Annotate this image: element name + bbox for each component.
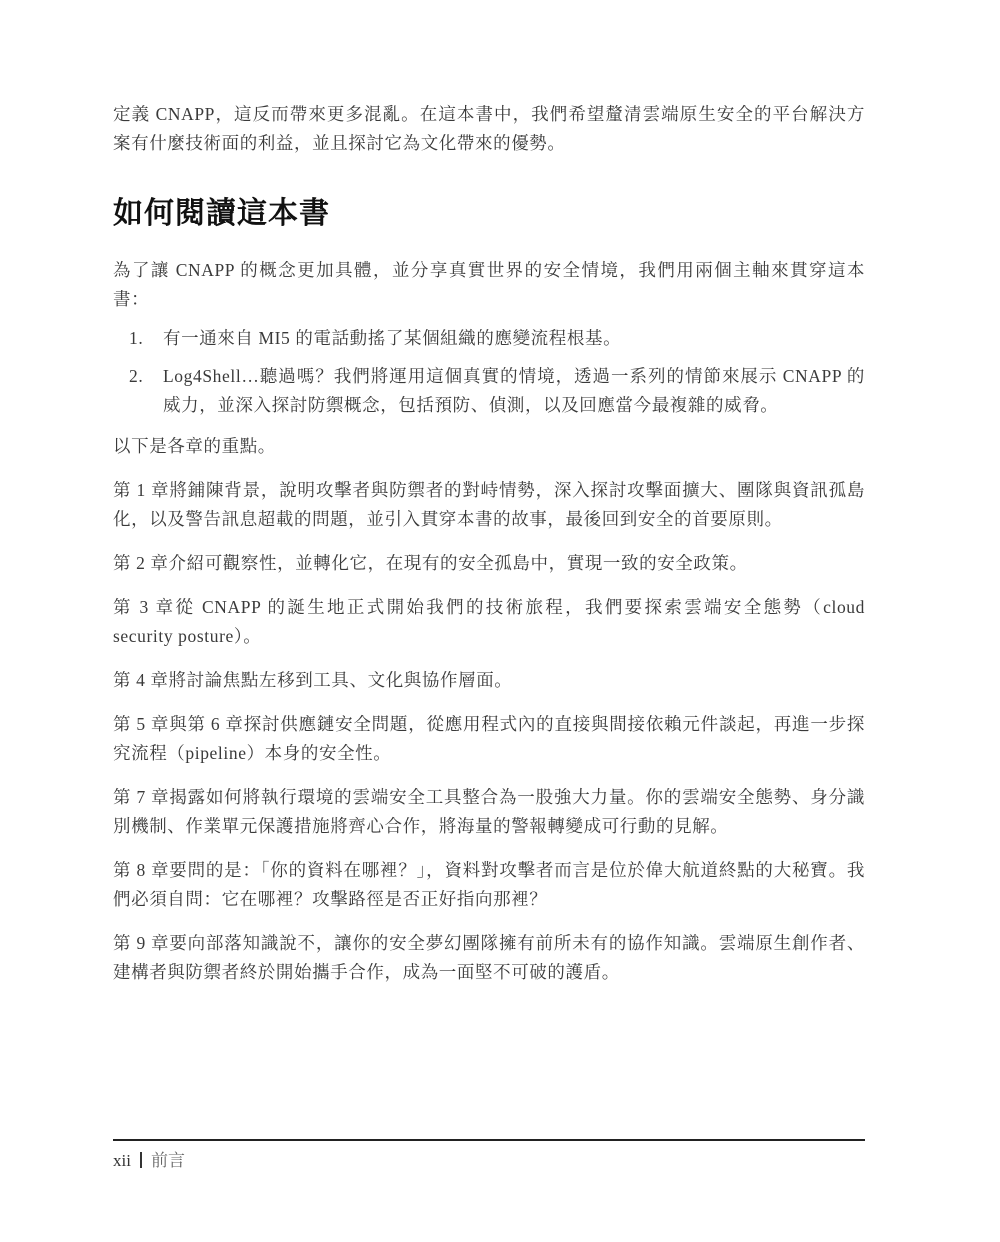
footer-separator [140, 1152, 142, 1168]
chapter-summary-5-6: 第 5 章與第 6 章探討供應鏈安全問題，從應用程式內的直接與間接依賴元件談起，… [113, 710, 865, 768]
chapter-summary-2: 第 2 章介紹可觀察性，並轉化它，在現有的安全孤島中，實現一致的安全政策。 [113, 549, 865, 578]
list-text: Log4Shell…聽過嗎？我們將運用這個真實的情境，透過一系列的情節來展示 C… [163, 366, 865, 415]
chapter-summary-1: 第 1 章將鋪陳背景，說明攻擊者與防禦者的對峙情勢，深入探討攻擊面擴大、團隊與資… [113, 476, 865, 534]
chapter-summary-8: 第 8 章要問的是：「你的資料在哪裡？」，資料對攻擊者而言是位於偉大航道終點的大… [113, 856, 865, 914]
numbered-list: 1. 有一通來自 MI5 的電話動搖了某個組織的應變流程根基。 2. Log4S… [113, 324, 865, 420]
list-item: 1. 有一通來自 MI5 的電話動搖了某個組織的應變流程根基。 [113, 324, 865, 353]
summary-intro: 以下是各章的重點。 [113, 432, 865, 461]
chapter-summary-9: 第 9 章要向部落知識說不，讓你的安全夢幻團隊擁有前所未有的協作知識。雲端原生創… [113, 929, 865, 987]
intro-paragraph: 定義 CNAPP，這反而帶來更多混亂。在這本書中，我們希望釐清雲端原生安全的平台… [113, 100, 865, 158]
chapter-summary-4: 第 4 章將討論焦點左移到工具、文化與協作層面。 [113, 666, 865, 695]
list-item: 2. Log4Shell…聽過嗎？我們將運用這個真實的情境，透過一系列的情節來展… [113, 362, 865, 420]
section-heading: 如何閱讀這本書 [113, 194, 865, 234]
footer-divider [113, 1139, 865, 1141]
section-name: 前言 [151, 1151, 185, 1170]
list-number: 1. [129, 324, 143, 353]
chapter-summary-7: 第 7 章揭露如何將執行環境的雲端安全工具整合為一股強大力量。你的雲端安全態勢、… [113, 783, 865, 841]
lead-paragraph: 為了讓 CNAPP 的概念更加具體，並分享真實世界的安全情境，我們用兩個主軸來貫… [113, 256, 865, 314]
list-number: 2. [129, 362, 143, 391]
footer-text: xii前言 [113, 1149, 865, 1173]
list-text: 有一通來自 MI5 的電話動搖了某個組織的應變流程根基。 [163, 328, 621, 348]
page-number: xii [113, 1151, 131, 1170]
chapter-summary-3: 第 3 章從 CNAPP 的誕生地正式開始我們的技術旅程，我們要探索雲端安全態勢… [113, 593, 865, 651]
page-footer: xii前言 [113, 1139, 865, 1173]
book-page: 定義 CNAPP，這反而帶來更多混亂。在這本書中，我們希望釐清雲端原生安全的平台… [113, 100, 865, 1002]
